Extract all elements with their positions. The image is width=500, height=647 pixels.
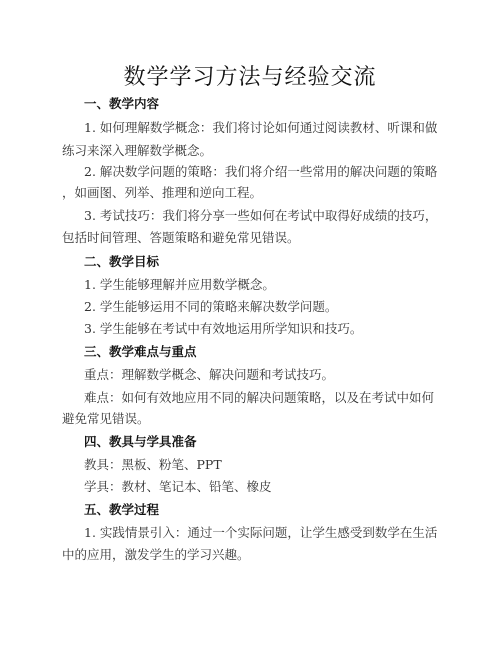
paragraph-line: 重点：理解数学概念、解决问题和考试技巧。 [84,367,464,383]
section-heading-teaching-content: 一、教学内容 [84,96,464,112]
paragraph-line: 练习来深入理解数学概念。 [62,143,442,159]
section-heading-teaching-goals: 二、教学目标 [84,254,464,270]
paragraph-line: 避免常见错误。 [62,411,442,427]
list-item: 2. 学生能够运用不同的策略来解决数学问题。 [84,299,464,315]
document-title: 数学学习方法与经验交流 [0,60,500,91]
list-item: 1. 学生能够理解并应用数学概念。 [84,277,464,293]
section-heading-tools: 四、教具与学具准备 [84,434,464,450]
paragraph-line: ，如画图、列举、推理和逆向工程。 [62,185,442,201]
paragraph-line: 中的应用，激发学生的学习兴趣。 [62,547,442,563]
paragraph-line: 3. 考试技巧：我们将分享一些如何在考试中取得好成绩的技巧， [84,208,464,224]
document-page: 数学学习方法与经验交流 一、教学内容 1. 如何理解数学概念：我们将讨论如何通过… [0,0,500,647]
paragraph-line: 学具：教材、笔记本、铅笔、橡皮 [84,479,464,495]
list-item: 3. 学生能够在考试中有效地运用所学知识和技巧。 [84,321,464,337]
paragraph-line: 难点：如何有效地应用不同的解决问题策略，以及在考试中如何 [84,390,464,406]
paragraph-line: 包括时间管理、答题策略和避免常见错误。 [62,230,442,246]
section-heading-teaching-process: 五、教学过程 [84,502,464,518]
paragraph-line: 1. 如何理解数学概念：我们将讨论如何通过阅读教材、听课和做 [84,120,464,136]
paragraph-line: 1. 实践情景引入：通过一个实际问题，让学生感受到数学在生活 [84,525,464,541]
paragraph-line: 2. 解决数学问题的策略：我们将介绍一些常用的解决问题的策略 [84,164,464,180]
paragraph-line: 教具：黑板、粉笔、PPT [84,457,464,473]
section-heading-key-points: 三、教学难点与重点 [84,344,464,360]
